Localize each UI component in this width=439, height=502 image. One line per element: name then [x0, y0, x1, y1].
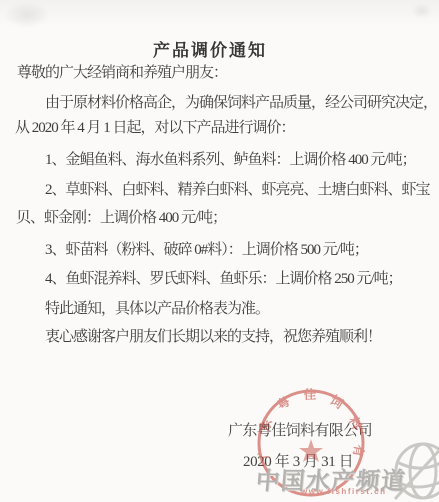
closing-line: 特此通知，具体以产品价格表为准。 [45, 300, 269, 318]
notice-title: 产品调价通知 [0, 36, 420, 61]
scan-smudge [412, 4, 432, 18]
price-item-line: 2、草虾料、白虾料、精养白虾料、虾亮亮、土塘白虾料、虾宝 [45, 181, 430, 199]
price-item-line: 3、虾苗料（粉料、破碎 0#料）：上调价格 500 元/吨； [45, 241, 368, 259]
watermark-url: www.fishfirst.cn [301, 487, 387, 496]
price-item-line: 4、鱼虾混养料、罗氏虾料、鱼虾乐：上调价格 250 元/吨； [45, 270, 402, 288]
thanks-line: 衷心感谢客户朋友们长期以来的支持，祝您养殖顺利！ [45, 328, 381, 346]
globe-logo-icon [393, 440, 439, 502]
scan-smudge [4, 2, 50, 28]
notice-page: 产品调价通知 尊敬的广大经销商和养殖户朋友： 由于原材料价格高企，为确保饲料产品… [0, 0, 439, 502]
signature-company: 广东粤佳饲料有限公司 [228, 419, 372, 440]
notice-line: 由于原材料价格高企，为确保饲料产品质量，经公司研究决定， [45, 94, 437, 112]
salutation-line: 尊敬的广大经销商和养殖户朋友： [17, 64, 227, 82]
price-item-line: 贝、虾金刚：上调价格 400 元/吨； [16, 209, 226, 227]
notice-line: 从 2020 年 4 月 1 日起，对以下产品进行调价： [15, 119, 295, 137]
price-item-line: 1、金鲳鱼料、海水鱼料系列、鲈鱼料：上调价格 400 元/吨； [45, 151, 416, 169]
